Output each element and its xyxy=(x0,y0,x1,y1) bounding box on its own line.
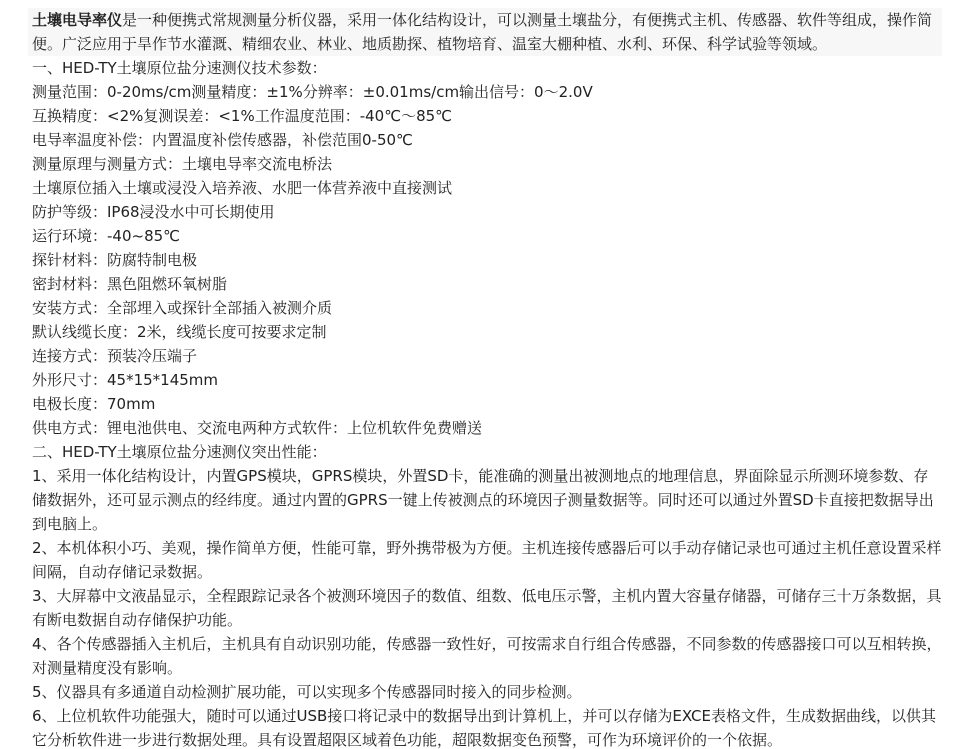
param-line: 测量原理与测量方式：土壤电导率交流电桥法 xyxy=(32,152,942,176)
param-line: 供电方式：锂电池供电、交流电两种方式软件：上位机软件免费赠送 xyxy=(32,416,942,440)
section1-heading: 一、HED-TY土壤原位盐分速测仪技术参数： xyxy=(32,56,942,80)
feature-item: 2、本机体积小巧、美观，操作简单方便，性能可靠，野外携带极为方便。主机连接传感器… xyxy=(32,536,942,584)
param-line: 外形尺寸：45*15*145mm xyxy=(32,368,942,392)
param-line: 密封材料：黑色阻燃环氧树脂 xyxy=(32,272,942,296)
param-line: 互换精度：<2%复测误差：<1%工作温度范围：-40℃～85℃ xyxy=(32,104,942,128)
section2-heading: 二、HED-TY土壤原位盐分速测仪突出性能： xyxy=(32,440,942,464)
param-line: 探针材料：防腐特制电极 xyxy=(32,248,942,272)
param-line: 电导率温度补偿：内置温度补偿传感器，补偿范围0-50℃ xyxy=(32,128,942,152)
param-line: 测量范围：0-20ms/cm测量精度：±1%分辨率：±0.01ms/cm输出信号… xyxy=(32,80,942,104)
param-line: 连接方式：预装冷压端子 xyxy=(32,344,942,368)
feature-item: 6、上位机软件功能强大，随时可以通过USB接口将记录中的数据导出到计算机上，并可… xyxy=(32,704,942,749)
feature-item: 5、仪器具有多通道自动检测扩展功能，可以实现多个传感器同时接入的同步检测。 xyxy=(32,680,942,704)
param-line: 电极长度：70mm xyxy=(32,392,942,416)
param-line: 土壤原位插入土壤或浸没入培养液、水肥一体营养液中直接测试 xyxy=(32,176,942,200)
product-description-document: 土壤电导率仪是一种便携式常规测量分析仪器，采用一体化结构设计，可以测量土壤盐分，… xyxy=(32,8,942,749)
intro-text: 是一种便携式常规测量分析仪器，采用一体化结构设计，可以测量土壤盐分，有便携式主机… xyxy=(32,11,932,53)
param-line: 防护等级：IP68浸没水中可长期使用 xyxy=(32,200,942,224)
feature-item: 4、各个传感器插入主机后，主机具有自动识别功能，传感器一致性好，可按需求自行组合… xyxy=(32,632,942,680)
product-name: 土壤电导率仪 xyxy=(32,11,122,29)
param-line: 安装方式：全部埋入或探针全部插入被测介质 xyxy=(32,296,942,320)
param-line: 运行环境：-40~85℃ xyxy=(32,224,942,248)
intro-paragraph: 土壤电导率仪是一种便携式常规测量分析仪器，采用一体化结构设计，可以测量土壤盐分，… xyxy=(28,8,942,56)
feature-item: 1、采用一体化结构设计，内置GPS模块，GPRS模块，外置SD卡，能准确的测量出… xyxy=(32,464,942,536)
param-line: 默认线缆长度：2米，线缆长度可按要求定制 xyxy=(32,320,942,344)
feature-item: 3、大屏幕中文液晶显示，全程跟踪记录各个被测环境因子的数值、组数、低电压示警，主… xyxy=(32,584,942,632)
